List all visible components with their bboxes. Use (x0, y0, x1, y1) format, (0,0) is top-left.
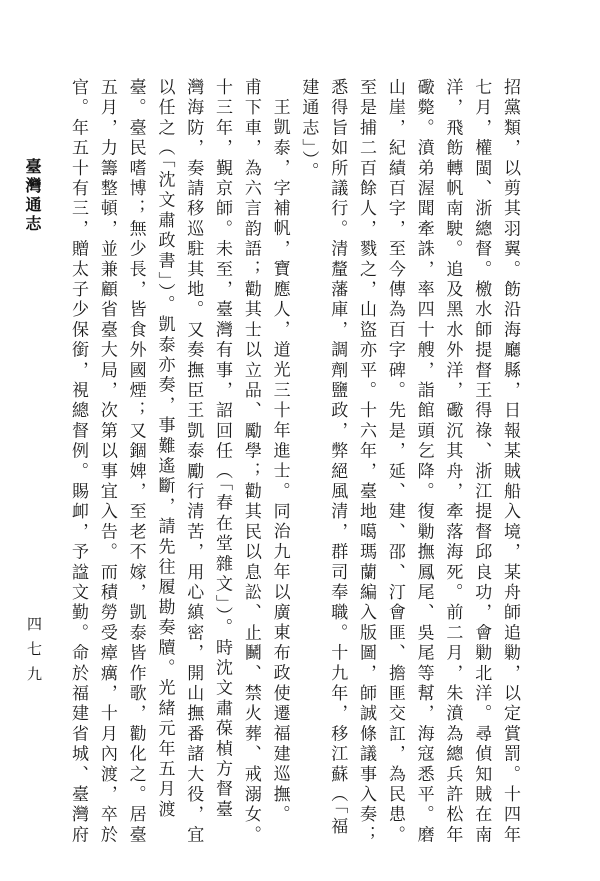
text-column: 山崖，紀績百字，至今傳為百字碑。先是，延、建、邵、汀會匪、擔匪交訌，為民患。 (376, 78, 405, 846)
text-column: 七月，權閩、浙總督。檄水師提督王得祿、浙江提督邱良功，會勦北洋。尋偵知賊在南 (462, 78, 491, 846)
text-column: 臺。臺民嗜博；無少長，皆食外國煙；又錮婢，至老不嫁，凱泰皆作歌，勸化之。居臺 (117, 78, 146, 846)
text-column: 甫下車，為六言韵語；勸其士以立品、勵學；勸其民以息訟、止鬭、禁火葬、戒溺女。 (232, 78, 261, 846)
text-column: 招黨類，以剪其羽翼。飭沿海廳縣，日報某賊船入境，某舟師追勦，以定賞罰。十四年 (491, 78, 520, 846)
main-text-block: 招黨類，以剪其羽翼。飭沿海廳縣，日報某賊船入境，某舟師追勦，以定賞罰。十四年 七… (59, 78, 520, 846)
text-column: 以任之（「沈文肅政書」）。凱泰亦奏，事難遙斷，請先往履勘奏牘。光緒元年五月渡 (146, 78, 175, 846)
page-number: 四七九 (24, 616, 45, 691)
text-column: 官。年五十有三，贈太子少保銜，視總督例。賜卹，予諡文勤。命於福建省城、臺灣府 (59, 78, 88, 846)
text-column: 五月，力籌整頓，並兼顧省臺大局，次第以事宜入告。而積勞受瘴癘，十月內渡，卒於 (88, 78, 117, 846)
text-column-paragraph-start: 王凱泰，字補帆，寶應人，道光三十年進士。同治九年以廣東布政使遷福建巡撫。 (261, 78, 290, 866)
text-column: 至是捕二百餘人，戮之，山盜亦平。十六年，臺地噶瑪蘭編入版圖，師誠條議事入奏； (347, 78, 376, 846)
text-column: 建通志」）。 (290, 78, 319, 846)
text-column: 洋，飛飭轉帆南駛。追及黑水外洋，礮沉其舟，牽落海死。前二月，朱濆為總兵許松年 (434, 78, 463, 846)
running-title: 臺灣通志 (21, 158, 44, 234)
text-column: 悉得旨如所議行。清釐藩庫，調劑鹽政，弊絕風清，群司奉職。十九年，移江蘇（「福 (318, 78, 347, 846)
text-column: 灣海防，奏請移巡駐其地。又奏撫臣王凱泰勵行清苦，用心縝密，開山撫番諸大役，宜 (174, 78, 203, 846)
scanned-book-page: 臺灣通志 四七九 招黨類，以剪其羽翼。飭沿海廳縣，日報某賊船入境，某舟師追勦，以… (0, 0, 600, 881)
text-column: 礮斃。濆弟渥聞牽誅，率四十艘，詣館頭乞降。復勦撫鳳尾、吳尾等幫，海寇悉平。磨 (405, 78, 434, 846)
text-column: 十三年，覲京師。未至，臺灣有事，詔回任（「春在堂雜文」）。時沈文肅葆楨方督臺 (203, 78, 232, 846)
